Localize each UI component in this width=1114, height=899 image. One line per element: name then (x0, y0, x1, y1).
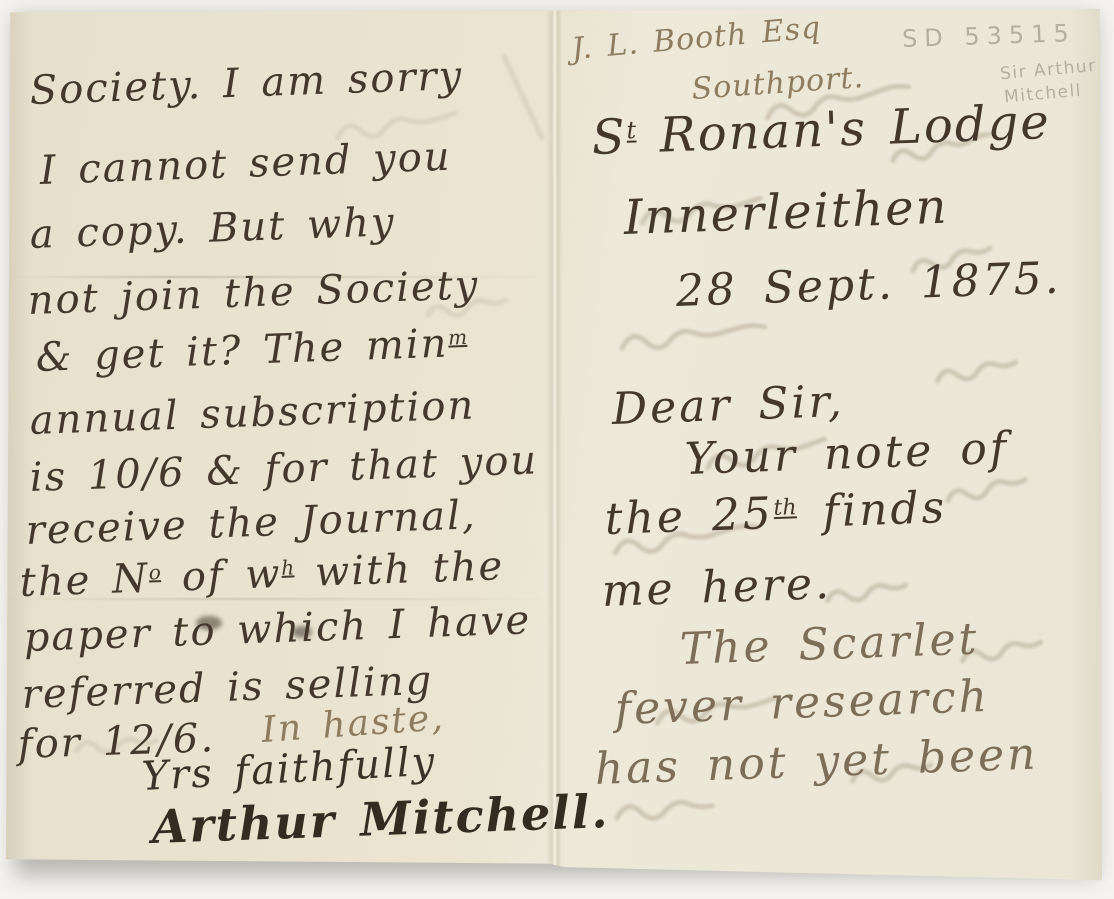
line-text: the 25 (604, 488, 775, 545)
letter-line: is 10/6 & for that you (29, 437, 539, 501)
line-text: the N (19, 556, 150, 606)
letter-line: the No of wh with the (19, 543, 505, 606)
letter-line: I cannot send you (39, 134, 452, 194)
letter-line: annual subscription (29, 382, 476, 444)
letter-paper: Society. I am sorry I cannot send you a … (6, 8, 1102, 882)
letter-scan: Society. I am sorry I cannot send you a … (0, 0, 1114, 899)
docket-recipient: J. L. Booth Esq (570, 10, 822, 67)
line-text: S (591, 109, 628, 166)
page-left: Society. I am sorry I cannot send you a … (6, 8, 552, 882)
line-text: of w (160, 551, 282, 601)
body-line: me here. (601, 558, 833, 617)
superscript: h (281, 555, 295, 579)
address-line: Innerleithen (623, 179, 950, 246)
superscript: m (448, 325, 468, 350)
letter-line: receive the Journal, (25, 492, 477, 554)
letter-line: Society. I am sorry (29, 53, 464, 114)
page-right: J. L. Booth Esq Southport. SD 53515 Sir … (552, 8, 1102, 882)
body-line: The Scarlet (679, 614, 980, 675)
line-text: finds (796, 482, 948, 538)
salutation: Dear Sir, (611, 376, 846, 435)
letter-line: & get it? The minm (35, 320, 468, 381)
superscript: th (773, 495, 797, 521)
letter-line: not join the Society (27, 262, 480, 324)
date-line: 28 Sept. 1875. (675, 253, 1062, 317)
body-line: the 25th finds (604, 482, 948, 545)
address-line: St Ronan's Lodge (591, 94, 1052, 166)
letter-line: a copy. But why (29, 199, 396, 258)
letter-line: paper to which I have (23, 597, 532, 661)
line-text: & get it? The min (35, 321, 449, 381)
body-line: fever research (614, 671, 991, 735)
docket-place: Southport. (691, 60, 866, 107)
body-line: has not yet been (594, 729, 1039, 795)
line-text: with the (294, 543, 505, 596)
pencil-attribution: Sir Arthur (999, 56, 1097, 84)
pencil-catalog-number: SD 53515 (902, 19, 1077, 53)
body-line: Your note of (684, 423, 1010, 485)
